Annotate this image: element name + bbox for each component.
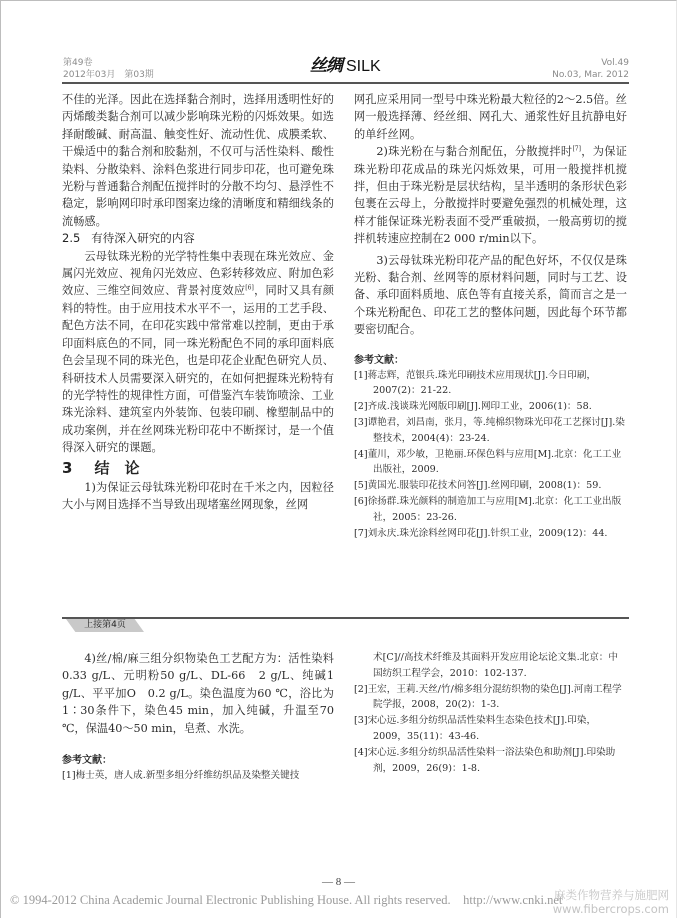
page-number: — 8 — <box>0 876 677 888</box>
paragraph: 4)丝/棉/麻三组分织物染色工艺配方为：活性染料0.33 g/L、元明粉50 g… <box>62 650 334 737</box>
copyright-notice: © 1994-2012 China Academic Journal Elect… <box>10 890 562 908</box>
reference-item: [1]梅士英，唐人成.新型多组分纤维纺织品及染整关键技 <box>62 768 334 784</box>
reference-item-continued: 术[C]//高技术纤维及其面料开发应用论坛论文集.北京：中国纺织工程学会，201… <box>354 650 627 682</box>
section-heading-2-5: 2.5 有待深入研究的内容 <box>62 230 334 247</box>
issue-en: No.03, Mar. 2012 <box>552 69 629 81</box>
reference-item: [4]宋心远.多组分纺织品活性染料一浴法染色和助剂[J].印染助剂，2009，2… <box>354 745 627 777</box>
text: ，同时又具有颜料的特性。由于应用技术水平不一，运用的工艺手段、配色方法不同，在印… <box>62 284 334 454</box>
right-column: 网孔应采用同一型号中珠光粉最大粒径的2～2.5倍。丝网一般选择薄、经丝细、网孔大… <box>354 91 627 541</box>
reference-item: [2]王宏，王莉.天丝/竹/棉多组分混纺织物的染色[J].河南工程学院学报，20… <box>354 682 627 714</box>
volume-cn: 第49卷 <box>63 57 154 69</box>
logo-en: SILK <box>346 58 381 75</box>
continuation-left-column: 4)丝/棉/麻三组分织物染色工艺配方为：活性染料0.33 g/L、元明粉50 g… <box>62 650 334 784</box>
reference-item: [3]宋心远.多组分纺织品活性染料生态染色技术[J].印染，2009，35(11… <box>354 713 627 745</box>
journal-logo: 丝绸SILK <box>310 60 381 75</box>
text: 2)珠光粉在与黏合剂配伍，分散搅拌时 <box>376 145 572 158</box>
reference-item: [1]蒋志辉，范银兵.珠光印刷技术应用现状[J].今日印刷，2007(2)：21… <box>354 368 627 400</box>
journal-header: 第49卷 2012年03月 第03期 丝绸SILK Vol.49 No.03, … <box>62 56 629 84</box>
section-title-char: 结 <box>94 459 109 477</box>
reference-item: [7]刘永庆.珠光涂料丝网印花[J].针织工业，2009(12)：44. <box>354 526 627 542</box>
section-number: 3 <box>62 459 72 477</box>
reference-item: [4]董川，邓少敏，卫艳丽.环保色料与应用[M].北京：化工工业出版社，2009… <box>354 447 627 479</box>
continued-from-tab: 上接第4页 <box>66 619 144 632</box>
left-column: 不佳的光泽。因此在选择黏合剂时，选择用透明性好的丙烯酸类黏合剂可以减少影响珠光粉… <box>62 91 334 513</box>
continuation-right-column: 术[C]//高技术纤维及其面料开发应用论坛论文集.北京：中国纺织工程学会，201… <box>354 650 627 776</box>
reference-item: [3]谭艳君，刘昌南，张月，等.纯棉织物珠光印花工艺探讨[J].染整技术，200… <box>354 415 627 447</box>
paragraph: 云母钛珠光粉的光学特性集中表现在珠光效应、金属闪光效应、视角闪光效应、色彩转移效… <box>62 248 334 457</box>
reference-item: [6]徐扬群.珠光颜料的制造加工与应用[M].北京：化工工业出版社，2005：2… <box>354 494 627 526</box>
reference-item: [2]齐成.浅谈珠光网版印刷[J].网印工业，2006(1)：58. <box>354 399 627 415</box>
citation: [7] <box>572 145 581 152</box>
paragraph: 2)珠光粉在与黏合剂配伍，分散搅拌时[7]，为保证珠光粉印花成品的珠光闪烁效果，… <box>354 143 627 247</box>
section-title: 有待深入研究的内容 <box>91 231 195 245</box>
paragraph: 1)为保证云母钛珠光粉印花时在千米之内，因粒径大小与网目选择不当导致出现堵塞丝网… <box>62 479 334 514</box>
continuation-divider <box>62 617 629 619</box>
section-number: 2.5 <box>62 231 80 245</box>
reference-item: [5]黄国光.服装印花技术问答[J].丝网印刷，2008(1)：59. <box>354 478 627 494</box>
watermark: 麻类作物营养与施肥网 www.fibercrops.com <box>553 888 669 916</box>
section-heading-3: 3结论 <box>62 457 334 479</box>
watermark-site-name: 麻类作物营养与施肥网 <box>553 888 669 902</box>
references-title: 参考文献： <box>354 353 627 368</box>
citation: [6] <box>245 285 254 292</box>
logo-cn: 丝绸 <box>310 56 342 76</box>
watermark-url: www.fibercrops.com <box>553 902 669 916</box>
header-left: 第49卷 2012年03月 第03期 <box>63 57 154 81</box>
date-issue-cn: 2012年03月 第03期 <box>63 69 154 81</box>
paragraph: 不佳的光泽。因此在选择黏合剂时，选择用透明性好的丙烯酸类黏合剂可以减少影响珠光粉… <box>62 91 334 230</box>
section-title-char: 论 <box>124 459 139 477</box>
text: ，为保证珠光粉印花成品的珠光闪烁效果，可用一般搅拌机搅拌，但由于珠光粉是层状结构… <box>354 145 627 245</box>
paragraph: 3)云母钛珠光粉印花产品的配色好坏，不仅仅是珠光粉、黏合剂、丝网等的原材料问题，… <box>354 252 627 339</box>
volume-en: Vol.49 <box>552 57 629 69</box>
references-title: 参考文献： <box>62 753 334 768</box>
header-right: Vol.49 No.03, Mar. 2012 <box>552 57 629 81</box>
paragraph: 网孔应采用同一型号中珠光粉最大粒径的2～2.5倍。丝网一般选择薄、经丝细、网孔大… <box>354 91 627 143</box>
